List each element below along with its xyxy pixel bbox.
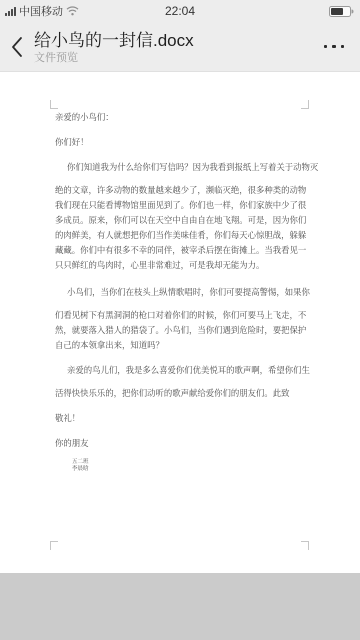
document-page[interactable]: 亲爱的小鸟们：你们好！你们知道我为什么给你们写信吗？因为我看到报纸上写着关于动物… — [0, 72, 360, 573]
more-options-button[interactable] — [308, 22, 360, 72]
ellipsis-icon — [324, 45, 328, 49]
doc-line: 藏藏。你们中有很多不幸的同伴，被宰杀后摆在街摊上。当我看见一 — [55, 243, 311, 258]
doc-line: 多成员。原来，你们可以在天空中自由自在地飞翔。可是，因为你们 — [55, 213, 311, 228]
doc-line: 五二班 — [72, 459, 311, 466]
back-button[interactable] — [0, 22, 34, 72]
screen: { "status_bar": { "carrier": "中国移动", "ti… — [0, 0, 360, 640]
doc-lines: 亲爱的小鸟们：你们好！你们知道我为什么给你们写信吗？因为我看到报纸上写着关于动物… — [55, 110, 311, 473]
signal-bars-icon — [5, 7, 16, 16]
status-bar: 中国移动 22:04 — [0, 0, 360, 22]
doc-line: 亲爱的鸟儿们，我是多么喜爱你们优美悦耳的歌声啊，希望你们生 — [55, 363, 311, 378]
chevron-left-icon — [11, 36, 23, 58]
preview-header: 给小鸟的一封信.docx 文件预览 — [0, 22, 360, 72]
margin-mark-bottom-left — [50, 541, 58, 550]
carrier-label: 中国移动 — [19, 3, 63, 19]
doc-line: 你们知道我为什么给你们写信吗？因为我看到报纸上写着关于动物灭 — [55, 160, 311, 175]
battery-icon — [329, 6, 354, 17]
status-left: 中国移动 — [0, 3, 79, 19]
margin-mark-top-left — [50, 100, 58, 109]
title-block: 给小鸟的一封信.docx 文件预览 — [34, 29, 308, 65]
document-title: 给小鸟的一封信.docx — [34, 31, 308, 51]
doc-line: 我们现在只能看博物馆里面见到了。你们也一样，你们家族中少了很 — [55, 198, 311, 213]
doc-line: 的肉鲜美，有人就想把你们当作美味佳肴，你们每天心惊胆战，躲躲 — [55, 228, 311, 243]
doc-line: 只只鲜红的鸟肉时，心里非常难过，可是我却无能为力。 — [55, 258, 311, 273]
doc-line: 敬礼！ — [55, 411, 311, 426]
doc-line: 李晨晗 — [72, 466, 311, 473]
doc-line: 自己的本领拿出来，知道吗？ — [55, 338, 311, 353]
doc-line: 亲爱的小鸟们： — [55, 110, 311, 125]
status-right — [329, 6, 360, 17]
preview-subtitle: 文件预览 — [34, 52, 308, 65]
doc-line: 你们好！ — [55, 135, 311, 150]
margin-mark-top-right — [301, 100, 309, 109]
margin-mark-bottom-right — [301, 541, 309, 550]
doc-line: 然，就要落入猎人的猎袋了。小鸟们，当你们遇到危险时，要把保护 — [55, 323, 311, 338]
doc-line: 绝的文章，许多动物的数量越来越少了，濒临灭绝，很多种类的动物 — [55, 183, 311, 198]
doc-line: 小鸟们，当你们在枝头上纵情歌唱时，你们可要提高警惕，如果你 — [55, 285, 311, 300]
doc-line: 们看见树下有黑洞洞的枪口对着你们的时候，你们可要马上飞走，不 — [55, 308, 311, 323]
doc-line: 你的朋友 — [55, 436, 311, 451]
doc-line: 活得快快乐乐的，把你们动听的歌声献给爱你们的朋友们。此致 — [55, 386, 311, 401]
wifi-icon — [66, 6, 79, 16]
